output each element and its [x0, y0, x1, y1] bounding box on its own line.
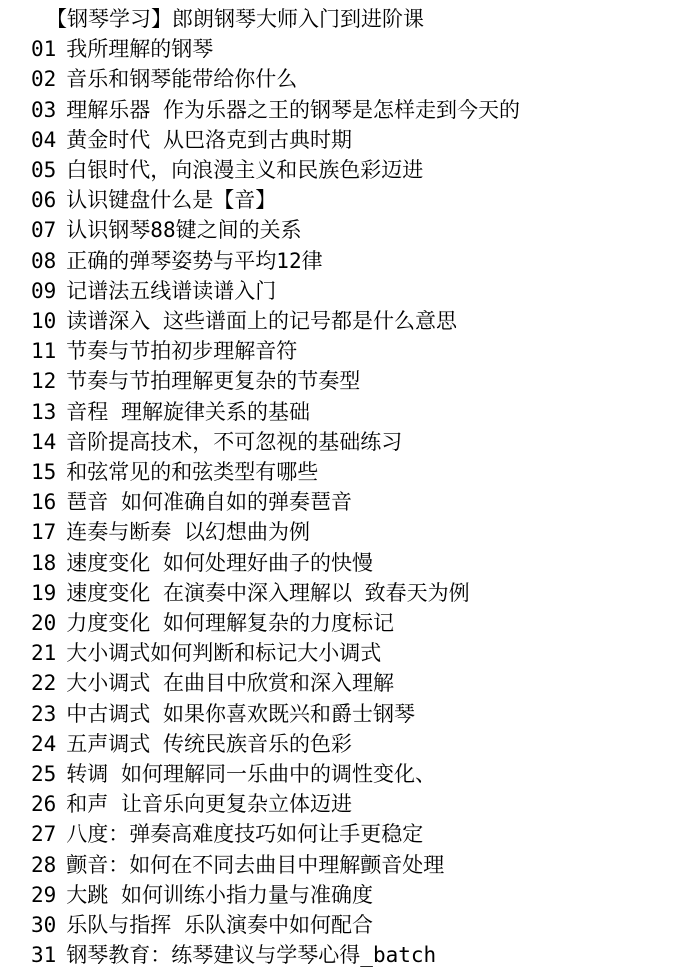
lesson-item: 18速度变化 如何处理好曲子的快慢 [31, 548, 690, 578]
lesson-number: 12 [31, 366, 56, 396]
lesson-item: 08正确的弹琴姿势与平均12律 [31, 246, 690, 276]
lesson-title: 中古调式 如果你喜欢既兴和爵士钢琴 [66, 702, 415, 726]
lesson-title: 音乐和钢琴能带给你什么 [66, 67, 297, 91]
lesson-title: 大小调式如何判断和标记大小调式 [66, 641, 381, 665]
lesson-item: 06认识键盘什么是【音】 [31, 185, 690, 215]
lesson-item: 05白银时代，向浪漫主义和民族色彩迈进 [31, 155, 690, 185]
lesson-item: 13音程 理解旋律关系的基础 [31, 397, 690, 427]
lesson-title: 和弦常见的和弦类型有哪些 [66, 460, 318, 484]
lesson-item: 31钢琴教育：练琴建议与学琴心得_batch [31, 940, 690, 970]
page-title: 【钢琴学习】郎朗钢琴大师入门到进阶课 [31, 4, 690, 34]
lesson-item: 26和声 让音乐向更复杂立体迈进 [31, 789, 690, 819]
lesson-title: 琶音 如何准确自如的弹奏琶音 [66, 490, 352, 514]
lesson-number: 06 [31, 185, 56, 215]
lesson-item: 01我所理解的钢琴 [31, 34, 690, 64]
lesson-title: 速度变化 在演奏中深入理解以 致春天为例 [66, 581, 469, 605]
lesson-number: 18 [31, 548, 56, 578]
lesson-title: 记谱法五线谱读谱入门 [66, 279, 276, 303]
lesson-title: 读谱深入 这些谱面上的记号都是什么意思 [66, 309, 457, 333]
lesson-title: 白银时代，向浪漫主义和民族色彩迈进 [66, 158, 423, 182]
lesson-number: 07 [31, 215, 56, 245]
lesson-item: 15和弦常见的和弦类型有哪些 [31, 457, 690, 487]
lesson-title: 乐队与指挥 乐队演奏中如何配合 [66, 913, 373, 937]
lesson-title: 五声调式 传统民族音乐的色彩 [66, 732, 352, 756]
lesson-number: 03 [31, 95, 56, 125]
lesson-item: 03理解乐器 作为乐器之王的钢琴是怎样走到今天的 [31, 95, 690, 125]
lesson-item: 11节奏与节拍初步理解音符 [31, 336, 690, 366]
lesson-item: 10读谱深入 这些谱面上的记号都是什么意思 [31, 306, 690, 336]
lesson-item: 17连奏与断奏 以幻想曲为例 [31, 517, 690, 547]
lesson-number: 16 [31, 487, 56, 517]
lesson-list: 01我所理解的钢琴 02音乐和钢琴能带给你什么 03理解乐器 作为乐器之王的钢琴… [31, 34, 690, 970]
lesson-title: 力度变化 如何理解复杂的力度标记 [66, 611, 394, 635]
lesson-item: 02音乐和钢琴能带给你什么 [31, 64, 690, 94]
lesson-number: 25 [31, 759, 56, 789]
course-outline-document: 【钢琴学习】郎朗钢琴大师入门到进阶课 01我所理解的钢琴 02音乐和钢琴能带给你… [0, 0, 700, 976]
lesson-item: 25转调 如何理解同一乐曲中的调性变化、 [31, 759, 690, 789]
lesson-number: 30 [31, 910, 56, 940]
lesson-title: 大跳 如何训练小指力量与准确度 [66, 883, 373, 907]
lesson-number: 28 [31, 850, 56, 880]
lesson-number: 05 [31, 155, 56, 185]
lesson-number: 11 [31, 336, 56, 366]
lesson-item: 07认识钢琴88键之间的关系 [31, 215, 690, 245]
lesson-title: 大小调式 在曲目中欣赏和深入理解 [66, 671, 394, 695]
lesson-number: 01 [31, 34, 56, 64]
lesson-number: 23 [31, 699, 56, 729]
lesson-title: 八度：弹奏高难度技巧如何让手更稳定 [66, 822, 423, 846]
lesson-title: 认识键盘什么是【音】 [66, 188, 276, 212]
lesson-item: 16琶音 如何准确自如的弹奏琶音 [31, 487, 690, 517]
lesson-number: 31 [31, 940, 56, 970]
lesson-number: 13 [31, 397, 56, 427]
lesson-item: 12节奏与节拍理解更复杂的节奏型 [31, 366, 690, 396]
lesson-number: 27 [31, 819, 56, 849]
lesson-title: 认识钢琴88键之间的关系 [66, 218, 301, 242]
lesson-item: 22大小调式 在曲目中欣赏和深入理解 [31, 668, 690, 698]
lesson-item: 23中古调式 如果你喜欢既兴和爵士钢琴 [31, 699, 690, 729]
lesson-title: 颤音：如何在不同去曲目中理解颤音处理 [66, 853, 444, 877]
lesson-item: 19速度变化 在演奏中深入理解以 致春天为例 [31, 578, 690, 608]
lesson-number: 09 [31, 276, 56, 306]
lesson-title: 音阶提高技术，不可忽视的基础练习 [66, 430, 402, 454]
lesson-item: 24五声调式 传统民族音乐的色彩 [31, 729, 690, 759]
lesson-number: 15 [31, 457, 56, 487]
lesson-item: 21大小调式如何判断和标记大小调式 [31, 638, 690, 668]
lesson-item: 29大跳 如何训练小指力量与准确度 [31, 880, 690, 910]
lesson-number: 10 [31, 306, 56, 336]
lesson-title: 钢琴教育：练琴建议与学琴心得_batch [66, 943, 436, 967]
lesson-number: 22 [31, 668, 56, 698]
lesson-title: 黄金时代 从巴洛克到古典时期 [66, 128, 352, 152]
lesson-title: 节奏与节拍理解更复杂的节奏型 [66, 369, 360, 393]
lesson-number: 02 [31, 64, 56, 94]
lesson-title: 连奏与断奏 以幻想曲为例 [66, 520, 310, 544]
lesson-number: 14 [31, 427, 56, 457]
lesson-item: 27八度：弹奏高难度技巧如何让手更稳定 [31, 819, 690, 849]
lesson-title: 转调 如何理解同一乐曲中的调性变化、 [66, 762, 436, 786]
lesson-number: 04 [31, 125, 56, 155]
lesson-title: 正确的弹琴姿势与平均12律 [66, 249, 322, 273]
lesson-title: 音程 理解旋律关系的基础 [66, 400, 310, 424]
lesson-title: 和声 让音乐向更复杂立体迈进 [66, 792, 352, 816]
lesson-number: 21 [31, 638, 56, 668]
lesson-number: 17 [31, 517, 56, 547]
lesson-item: 20力度变化 如何理解复杂的力度标记 [31, 608, 690, 638]
lesson-title: 速度变化 如何处理好曲子的快慢 [66, 551, 373, 575]
lesson-item: 09记谱法五线谱读谱入门 [31, 276, 690, 306]
lesson-number: 08 [31, 246, 56, 276]
lesson-number: 24 [31, 729, 56, 759]
lesson-number: 26 [31, 789, 56, 819]
lesson-item: 14音阶提高技术，不可忽视的基础练习 [31, 427, 690, 457]
lesson-number: 29 [31, 880, 56, 910]
lesson-number: 19 [31, 578, 56, 608]
lesson-title: 我所理解的钢琴 [66, 37, 213, 61]
lesson-item: 28颤音：如何在不同去曲目中理解颤音处理 [31, 850, 690, 880]
lesson-title: 理解乐器 作为乐器之王的钢琴是怎样走到今天的 [66, 98, 520, 122]
lesson-number: 20 [31, 608, 56, 638]
lesson-item: 04黄金时代 从巴洛克到古典时期 [31, 125, 690, 155]
lesson-item: 30乐队与指挥 乐队演奏中如何配合 [31, 910, 690, 940]
lesson-title: 节奏与节拍初步理解音符 [66, 339, 297, 363]
